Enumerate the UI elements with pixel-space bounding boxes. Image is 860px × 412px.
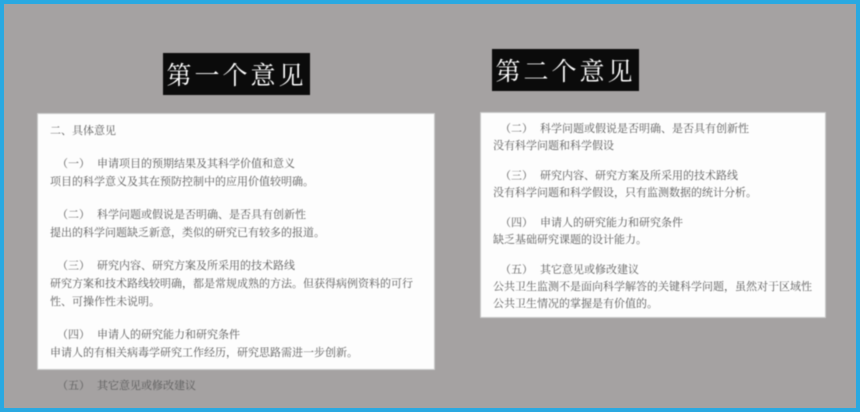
right-section-3-heading: （四） 申请人的研究能力和研究条件 bbox=[493, 214, 813, 231]
right-section-2-body: 没有科学问题和科学假设，只有监测数据的统计分析。 bbox=[493, 184, 813, 201]
right-section-1: （二） 科学问题或假说是否明确、是否具有创新性 没有科学问题和科学假设 bbox=[493, 120, 813, 154]
right-section-2-heading: （三） 研究内容、研究方案及所采用的技术路线 bbox=[493, 167, 813, 184]
left-section-5-heading: （五） 其它意见或修改建议 bbox=[50, 377, 422, 395]
second-opinion-panel: （二） 科学问题或假说是否明确、是否具有创新性 没有科学问题和科学假设 （三） … bbox=[480, 112, 826, 318]
right-section-1-body: 没有科学问题和科学假设 bbox=[493, 137, 813, 154]
left-section-2-body: 提出的科学问题缺乏新意，类似的研究已有较多的报道。 bbox=[50, 224, 422, 242]
first-opinion-title-banner: 第一个意见 bbox=[163, 53, 310, 95]
left-section-2-heading: （二） 科学问题或假说是否明确、是否具有创新性 bbox=[50, 206, 422, 224]
left-section-1: （一） 申请项目的预期结果及其科学价值和意义 项目的科学意义及其在预防控制中的应… bbox=[50, 155, 422, 191]
second-opinion-title-banner: 第二个意见 bbox=[492, 49, 639, 91]
left-panel-intro: 二、具体意见 bbox=[50, 122, 422, 140]
right-section-3-body: 缺乏基础研究课题的设计能力。 bbox=[493, 231, 813, 248]
right-section-1-heading: （二） 科学问题或假说是否明确、是否具有创新性 bbox=[493, 120, 813, 137]
first-opinion-title-text: 第一个意见 bbox=[166, 56, 306, 92]
right-section-4-heading: （五） 其它意见或修改建议 bbox=[493, 261, 813, 278]
left-section-1-heading: （一） 申请项目的预期结果及其科学价值和意义 bbox=[50, 155, 422, 173]
second-opinion-title-text: 第二个意见 bbox=[495, 52, 635, 88]
right-section-2: （三） 研究内容、研究方案及所采用的技术路线 没有科学问题和科学假设，只有监测数… bbox=[493, 167, 813, 201]
left-section-2: （二） 科学问题或假说是否明确、是否具有创新性 提出的科学问题缺乏新意，类似的研… bbox=[50, 206, 422, 242]
right-section-4: （五） 其它意见或修改建议 公共卫生监测不是面向科学解答的关键科学问题，虽然对于… bbox=[493, 261, 813, 312]
right-section-4-body: 公共卫生监测不是面向科学解答的关键科学问题，虽然对于区域性公共卫生情况的掌握是有… bbox=[493, 278, 813, 312]
left-section-4-heading: （四） 申请人的研究能力和研究条件 bbox=[50, 326, 422, 344]
left-section-3: （三） 研究内容、研究方案及所采用的技术路线 研究方案和技术路线较明确，都是常规… bbox=[50, 257, 422, 311]
left-section-4-body: 申请人的有相关病毒学研究工作经历，研究思路需进一步创新。 bbox=[50, 344, 422, 362]
first-opinion-panel: 二、具体意见 （一） 申请项目的预期结果及其科学价值和意义 项目的科学意义及其在… bbox=[37, 113, 435, 370]
left-section-1-body: 项目的科学意义及其在预防控制中的应用价值较明确。 bbox=[50, 173, 422, 191]
right-section-3: （四） 申请人的研究能力和研究条件 缺乏基础研究课题的设计能力。 bbox=[493, 214, 813, 248]
left-section-4: （四） 申请人的研究能力和研究条件 申请人的有相关病毒学研究工作经历，研究思路需… bbox=[50, 326, 422, 362]
left-section-5: （五） 其它意见或修改建议 bbox=[50, 377, 422, 395]
left-section-3-heading: （三） 研究内容、研究方案及所采用的技术路线 bbox=[50, 257, 422, 275]
left-section-3-body: 研究方案和技术路线较明确，都是常规成熟的方法。但获得病例资料的可行性、可操作性未… bbox=[50, 275, 422, 311]
slide-frame: 第一个意见 第二个意见 二、具体意见 （一） 申请项目的预期结果及其科学价值和意… bbox=[0, 0, 860, 412]
